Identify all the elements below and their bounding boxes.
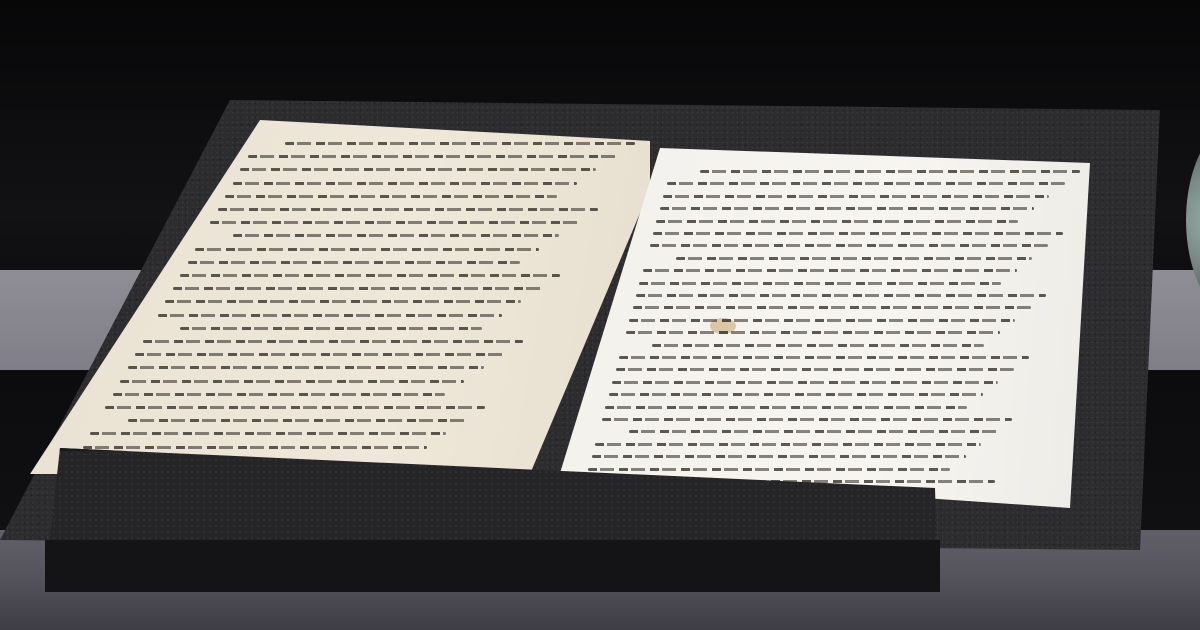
handwriting-line [629, 319, 1015, 322]
handwriting-line [656, 220, 1018, 223]
handwriting-line [90, 432, 446, 435]
handwriting-line [210, 221, 578, 224]
handwriting-line [663, 195, 1049, 198]
handwriting-line [188, 261, 520, 264]
handwriting-line [592, 455, 966, 458]
handwriting-line [113, 393, 445, 396]
handwriting-line [285, 142, 635, 145]
handwriting-line [233, 234, 559, 237]
foam-cradle-front-face [45, 540, 940, 592]
handwriting-line [225, 195, 557, 198]
handwriting-line [588, 468, 950, 471]
handwriting-line [636, 294, 1046, 297]
handwriting-line [650, 244, 1048, 247]
handwriting-line [120, 380, 464, 383]
photo-scene [0, 0, 1200, 630]
handwriting-line [173, 287, 541, 290]
handwriting-line [626, 331, 1000, 334]
handwriting-line [158, 314, 502, 317]
handwriting-line [652, 344, 984, 347]
handwriting-line [165, 300, 521, 303]
handwriting-line [180, 327, 482, 330]
handwriting-line [105, 406, 485, 409]
handwriting-line [595, 443, 981, 446]
handwriting-line [660, 207, 1034, 210]
handwriting-line [605, 406, 967, 409]
handwriting-line [135, 353, 503, 356]
handwriting-line [639, 282, 1001, 285]
handwriting-line [676, 257, 1032, 260]
handwriting-line [233, 182, 577, 185]
handwriting-line [180, 274, 560, 277]
handwriting-line [619, 356, 1029, 359]
handwriting-line [667, 182, 1065, 185]
handwriting-line [143, 340, 523, 343]
handwriting-line [629, 430, 997, 433]
handwriting-line [609, 393, 983, 396]
handwriting-line [602, 418, 1012, 421]
handwriting-line [643, 269, 1017, 272]
handwriting-line [653, 232, 1063, 235]
handwriting-line [616, 368, 1014, 371]
handwriting-line [83, 446, 427, 449]
handwriting-line [612, 381, 998, 384]
handwriting-line [128, 419, 466, 422]
handwriting-line [195, 248, 539, 251]
handwriting-line [128, 366, 484, 369]
handwriting-line [248, 155, 616, 158]
handwriting-line [240, 168, 596, 171]
handwriting-line [633, 306, 1031, 309]
handwriting-line [700, 170, 1080, 173]
handwriting-line [218, 208, 598, 211]
